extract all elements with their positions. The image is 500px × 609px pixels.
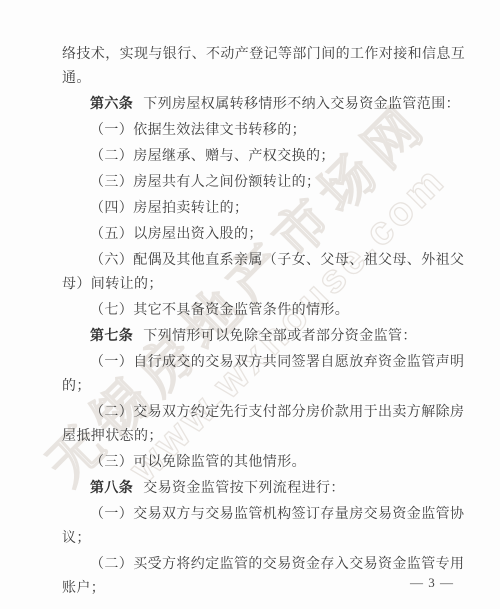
paragraph: （二）交易双方约定先行支付部分房价款用于出卖方解除房 屋抵押状态的；: [62, 399, 466, 449]
paragraph-text: 下列情形可以免除全部或者部分资金监管：: [143, 329, 417, 344]
document-page: 无锡房地产市场网 www.wxhouse.com 络技术，实现与银行、不动产登记…: [0, 0, 500, 609]
paragraph: 络技术，实现与银行、不动产登记等部门间的工作对接和信息互 通。: [62, 41, 466, 91]
paragraph-text: 下列房屋权属转移情形不纳入交易资金监管范围：: [143, 97, 460, 112]
paragraph: （一）自行成交的交易双方共同签署自愿放弃资金监管声明 的；: [62, 349, 466, 399]
paragraph-text: 络技术，实现与银行、不动产登记等部门间的工作对接和信息互 通。: [62, 47, 465, 86]
page-content: 络技术，实现与银行、不动产登记等部门间的工作对接和信息互 通。 第六条下列房屋权…: [62, 41, 466, 601]
paragraph-text: （二）房屋继承、赠与、产权交换的；: [90, 149, 335, 164]
article-number: 第八条: [90, 479, 133, 495]
paragraph: （二）房屋继承、赠与、产权交换的；: [62, 143, 466, 169]
paragraph: 第七条下列情形可以免除全部或者部分资金监管：: [62, 323, 466, 349]
paragraph-text: （七）其它不具备资金监管条件的情形。: [90, 303, 349, 318]
paragraph: （三）可以免除监管的其他情形。: [62, 449, 466, 475]
paragraph-text: （六）配偶及其他直系亲属（子女、父母、祖父母、外祖父 母）间转让的；: [62, 253, 464, 292]
page-number: — 3 —: [410, 575, 454, 591]
paragraph: （二）买受方将约定监管的交易资金存入交易资金监管专用 账户；: [62, 551, 466, 601]
paragraph: （七）其它不具备资金监管条件的情形。: [62, 297, 466, 323]
paragraph: （一）依据生效法律文书转移的；: [62, 117, 466, 143]
article-number: 第七条: [90, 327, 133, 343]
paragraph-text: 交易资金监管按下列流程进行：: [143, 481, 345, 496]
paragraph: （四）房屋拍卖转让的；: [62, 195, 466, 221]
paragraph-text: （二）交易双方约定先行支付部分房价款用于出卖方解除房 屋抵押状态的；: [62, 405, 464, 444]
paragraph: 第六条下列房屋权属转移情形不纳入交易资金监管范围：: [62, 91, 466, 117]
paragraph: （六）配偶及其他直系亲属（子女、父母、祖父母、外祖父 母）间转让的；: [62, 247, 466, 297]
paragraph: （一）交易双方与交易监管机构签订存量房交易资金监管协 议；: [62, 501, 466, 551]
paragraph-text: （三）房屋共有人之间份额转让的；: [90, 175, 320, 190]
paragraph-text: （二）买受方将约定监管的交易资金存入交易资金监管专用 账户；: [62, 557, 464, 596]
paragraph: （五）以房屋出资入股的；: [62, 221, 466, 247]
paragraph-text: （五）以房屋出资入股的；: [90, 227, 263, 242]
paragraph-text: （三）可以免除监管的其他情形。: [90, 455, 306, 470]
paragraph-text: （一）交易双方与交易监管机构签订存量房交易资金监管协 议；: [62, 507, 464, 546]
article-number: 第六条: [90, 95, 133, 111]
paragraph-text: （一）自行成交的交易双方共同签署自愿放弃资金监管声明 的；: [62, 355, 464, 394]
paragraph-text: （一）依据生效法律文书转移的；: [90, 123, 306, 138]
paragraph: 第八条交易资金监管按下列流程进行：: [62, 475, 466, 501]
paragraph-text: （四）房屋拍卖转让的；: [90, 201, 248, 216]
paragraph: （三）房屋共有人之间份额转让的；: [62, 169, 466, 195]
